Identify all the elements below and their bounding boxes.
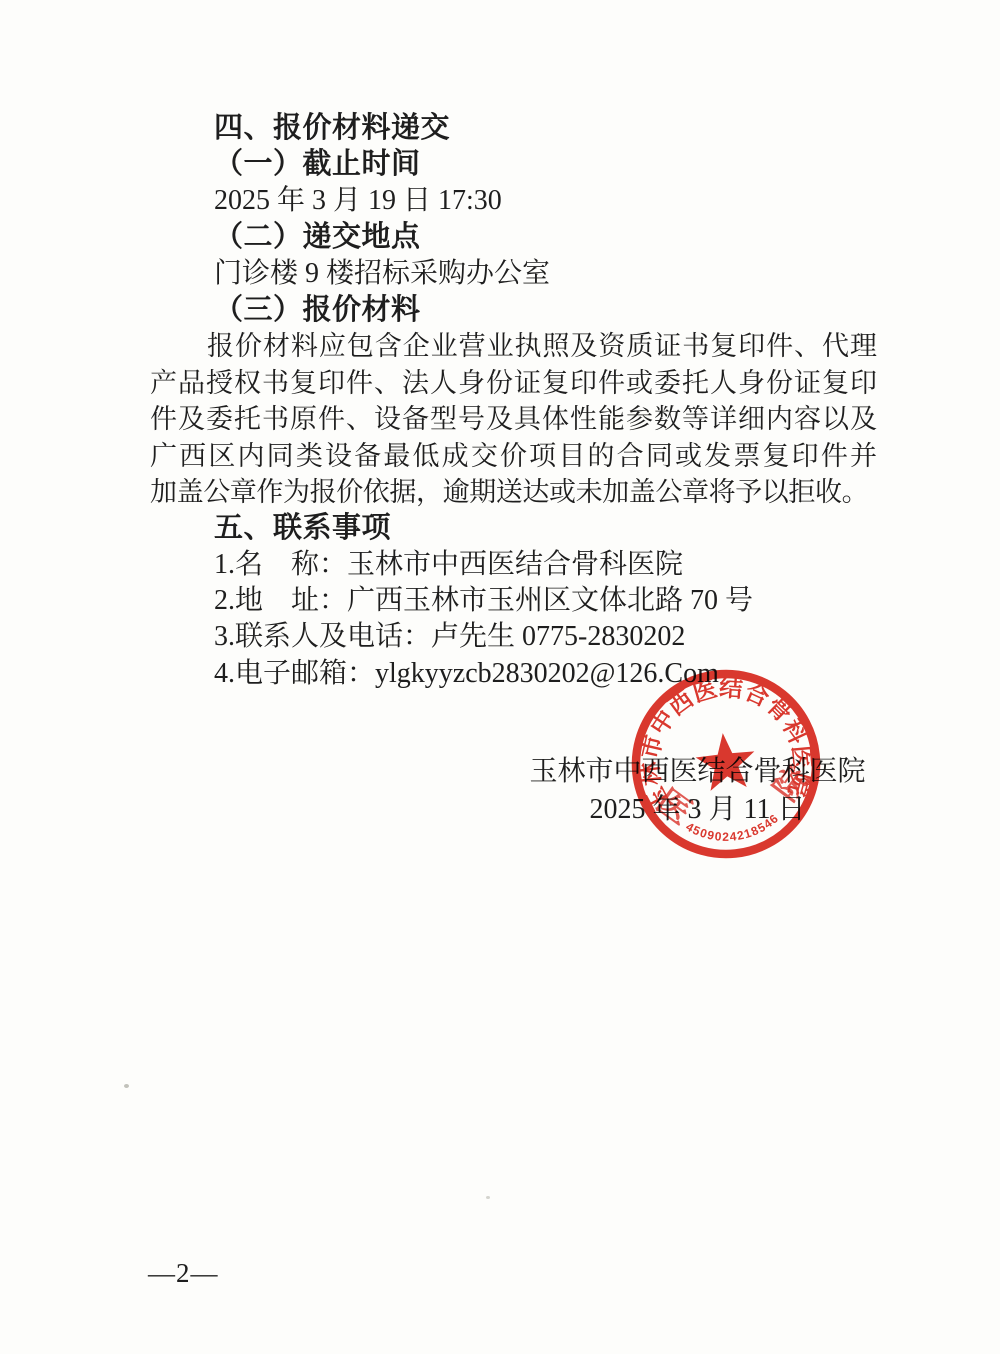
section4-title: 四、报价材料递交 <box>150 110 877 146</box>
contact-person-phone: 3.联系人及电话：卢先生 0775-2830202 <box>150 619 877 655</box>
contact-address: 2.地 址：广西玉林市玉州区文体北路 70 号 <box>150 583 877 619</box>
submission-location: 门诊楼 9 楼招标采购办公室 <box>150 256 877 292</box>
section4-item1-title: （一）截止时间 <box>150 146 877 182</box>
document-body: 四、报价材料递交 （一）截止时间 2025 年 3 月 19 日 17:30 （… <box>150 110 877 692</box>
paragraph-line: 加盖公章作为报价依据，逾期送达或未加盖公章将予以拒收。 <box>150 474 877 510</box>
paragraph-line: 产品授权书复印件、法人身份证复印件或委托人身份证复印 <box>150 365 877 401</box>
scan-artifact <box>486 1196 490 1199</box>
page-number: —2— <box>148 1258 219 1289</box>
official-seal: 医 院 玉林市中西医结合骨科医院 4509024218546 <box>616 654 836 874</box>
paragraph-line: 件及委托书原件、设备型号及具体性能参数等详细内容以及 <box>150 401 877 437</box>
section5-title: 五、联系事项 <box>150 510 877 546</box>
section4-item3-title: （三）报价材料 <box>150 292 877 328</box>
paragraph-line: 广西区内同类设备最低成交价项目的合同或发票复印件并 <box>150 438 877 474</box>
deadline-datetime: 2025 年 3 月 19 日 17:30 <box>150 183 877 219</box>
section4-item2-title: （二）递交地点 <box>150 219 877 255</box>
scan-artifact <box>124 1084 129 1088</box>
star-icon <box>693 730 758 792</box>
contact-name: 1.名 称：玉林市中西医结合骨科医院 <box>150 547 877 583</box>
paragraph-line: 报价材料应包含企业营业执照及资质证书复印件、代理 <box>150 328 877 364</box>
scanned-document-page: { "doc": { "section4": { "title": "四、报价材… <box>0 0 1000 1354</box>
official-seal-graphic: 医 院 玉林市中西医结合骨科医院 4509024218546 <box>616 654 836 874</box>
